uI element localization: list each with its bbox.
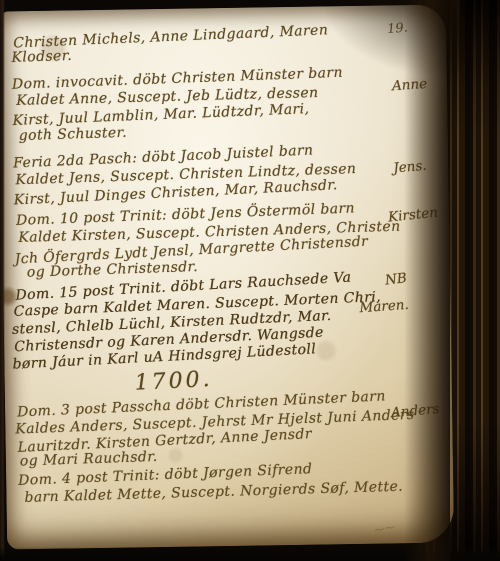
manuscript-page: 19. Christen Michels, Anne Lindgaard, Ma… xyxy=(0,5,454,550)
year-heading: 1700. xyxy=(134,367,213,396)
margin-note: NB xyxy=(384,270,407,288)
manuscript-photo: 19. Christen Michels, Anne Lindgaard, Ma… xyxy=(0,0,500,561)
margin-notes-column: AnneJens.KirstenNBMaren.Anders xyxy=(0,5,446,12)
manuscript-line: Klodser. xyxy=(11,48,72,66)
margin-note: Anne xyxy=(392,76,428,94)
manuscript-line: og Mari Rauchsdr. xyxy=(20,449,158,470)
ink-smudge: ∼∼ xyxy=(371,518,395,540)
page-number: 19. xyxy=(387,20,409,37)
manuscript-line: Christen Michels, Anne Lindgaard, Maren xyxy=(13,22,329,51)
margin-note: Kirsten xyxy=(387,205,438,226)
manuscript-line: goth Schuster. xyxy=(19,125,128,144)
margin-note: Anders xyxy=(391,401,441,421)
margin-note: Jens. xyxy=(393,158,428,177)
photo-bottom-edge xyxy=(0,547,500,561)
handwritten-text-block: Christen Michels, Anne Lindgaard, MarenK… xyxy=(0,5,446,12)
margin-note: Maren. xyxy=(359,297,409,316)
photo-left-edge xyxy=(0,0,5,561)
